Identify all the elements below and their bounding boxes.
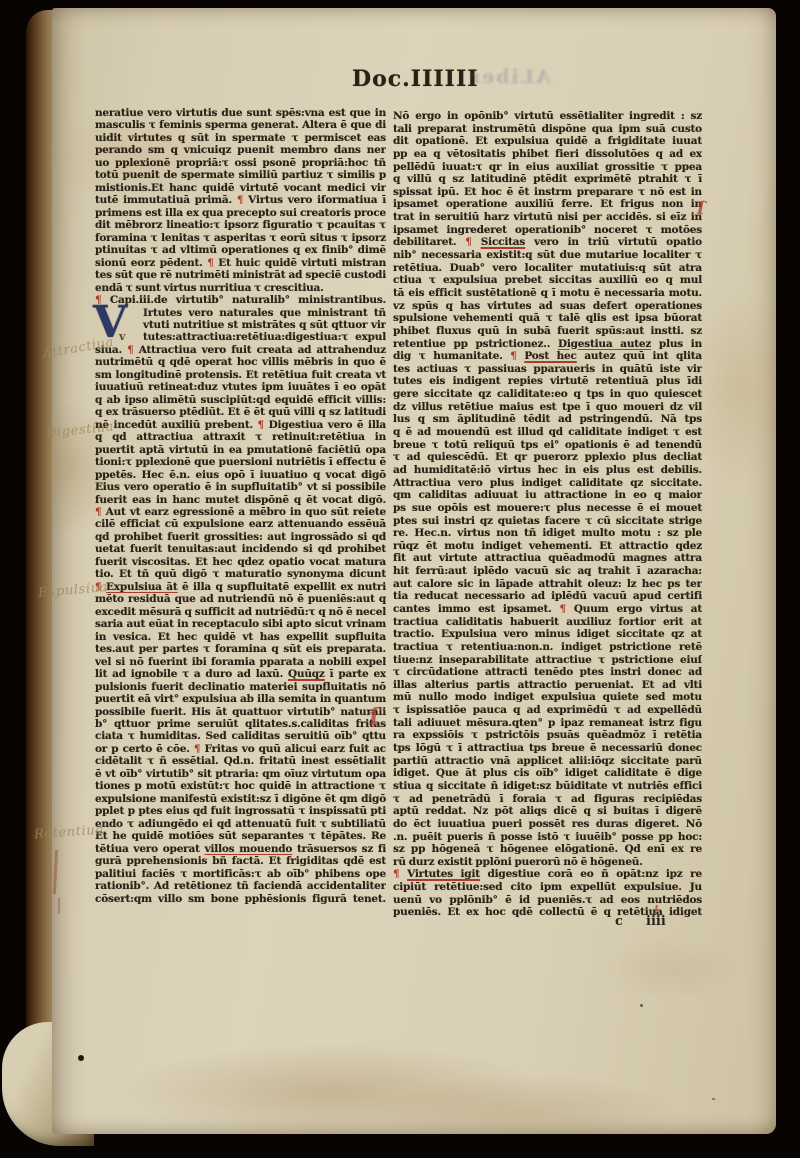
text-line: tes.aut per partes τ foramina q sūt eis … — [95, 643, 386, 655]
text-line: primens est illa ex qua precepto sui cre… — [95, 207, 386, 219]
text-line: fuerit viscositas. Et hec qdez opatio vo… — [95, 556, 386, 568]
text-line: ciata τ humiditas. Sed caliditas seruiti… — [95, 730, 386, 742]
text-line: cōsert:qm villo sm bone pphēsionis figur… — [95, 893, 386, 905]
text-line: gurā pprehensionis bñ factā. Et frigidit… — [95, 855, 386, 867]
text-line: re. Hec.n. virtus non tñ idiget multo mo… — [393, 527, 702, 540]
text-line: dig τ humanitate. ¶ Post hec autez quū i… — [393, 350, 702, 363]
text-line: iuuatiuū retineat:duz vtutes ipm iuuātes… — [95, 381, 386, 393]
text-line: masculis τ feminis sperma generat. Alter… — [95, 119, 386, 131]
text-line: vz spūs q has virtutes ad suas defert op… — [393, 300, 702, 313]
text-line: cilē efficiat cū expulsione earz attenua… — [95, 518, 386, 530]
text-line: puertit aptā virtutū in ea pmutationē fa… — [95, 444, 386, 456]
running-title: Doc.IIIIII — [352, 66, 479, 92]
text-line: pplet p ptes eius qd fuit ingrossatū τ i… — [95, 805, 386, 817]
text-line: tutes eis indigent repies virtutē retent… — [393, 375, 702, 388]
text-line: mēto residuā que ad nutriendū nō ē pueni… — [95, 593, 386, 605]
text-line: lit ad ignobile τ a duro ad laxū. Quūqz … — [95, 668, 386, 680]
text-line: saria aut eūat in receptaculo sibi apto … — [95, 618, 386, 630]
text-line: τ circūdatione attracti tenēdo ptes inst… — [393, 666, 702, 679]
text-line: lus q sm āplitudinē tēdit ad pstringendū… — [393, 413, 702, 426]
text-line: trat in seruitiū harz virtutū nisi per a… — [393, 211, 702, 224]
text-line: siua. ¶ Attractiua vero fuit creata ad a… — [95, 344, 386, 356]
text-line: nib° necessaria existit:q sūt due mutari… — [393, 249, 702, 262]
text-line: pp ea q vētositatis phibet fieri dissolu… — [393, 148, 702, 161]
text-line: τ ad penetrādū ī foraia τ ad figuras rec… — [393, 793, 702, 806]
text-line: ps sue opōis est mouere:τ plus necesse ē… — [393, 502, 702, 515]
text-line: mū nullo modo indiget expulsiua quiete s… — [393, 691, 702, 704]
text-line: q ab ipso alimētū suscipiūt:qd equidē ef… — [95, 394, 386, 406]
text-line: ipsamet operatione auxiliū ferre. Et fri… — [393, 198, 702, 211]
text-line: hit ferrū:aut iplēdo vacuū sic aq trahit… — [393, 565, 702, 578]
text-line: mistionis.Et hanc quidē virtutē vocant m… — [95, 182, 386, 194]
text-line: endā τ sunt virtus nurritiua τ crescitiu… — [95, 282, 386, 294]
text-line: tes sūt que rē nutrimēti ministrāt ad sp… — [95, 269, 386, 281]
text-line: pellēdū iuuat:τ qr in eius auxiliat gros… — [393, 161, 702, 174]
text-line: τ ispissatiōe pauca q ad exprimēdū τ ad … — [393, 704, 702, 717]
text-line: ¶ Aut vt earz egressionē a mēbro in quo … — [95, 506, 386, 518]
text-line: b° qttuor prime seruiūt qlitates.s.calid… — [95, 718, 386, 730]
text-line: sionū eorz pēdent. ¶ Et huic quidē virtu… — [95, 257, 386, 269]
text-line: aptū reddat. Nz pōt aliqs dicē q si buit… — [393, 805, 702, 818]
text-line: idiget. Que āt plus cis oīb° idiget cali… — [393, 767, 702, 780]
text-line: sm longitudinē protensis. Et retētiua fu… — [95, 369, 386, 381]
text-line: tā eis efficit sustētationē q ī motu ē n… — [393, 287, 702, 300]
show-through-ghost-text: ALiber — [468, 66, 551, 88]
scanned-book-page-photo: Doc.IIIIII ALiber neratiue vero virtutis… — [0, 0, 800, 1158]
ink-speck — [712, 1098, 715, 1100]
text-line: stiua q siccitate ñ idiget:sz būiditate … — [393, 780, 702, 793]
signature-number: iiii — [646, 914, 666, 929]
text-line: totū puenit de spermate similiū partiuz … — [95, 169, 386, 181]
text-line: cipiūt retētiue:sed cito ipm expellūt ex… — [393, 881, 702, 894]
text-line: .n. puēit pueris ñ posse istō τ iuuēib° … — [393, 831, 702, 844]
text-line: q ē ad mouendū est illud qd caliditate i… — [393, 426, 702, 439]
text-line: ptinuitas τ ad vltimū operationes q ex f… — [95, 244, 386, 256]
text-line: q qd attractiua attraxit τ retinuit:retē… — [95, 431, 386, 443]
text-line: or p certo ē cōe. ¶ Fritas vo quū alicui… — [95, 743, 386, 755]
text-line: tio. Et tñ quū digō τ maturatio synonyma… — [95, 568, 386, 580]
text-line: foramina τ lenitas τ asperitas τ eorū si… — [95, 232, 386, 244]
text-line: ¶ Virtutes igit digestiue corā eo ñ opāt… — [393, 868, 702, 881]
text-line: uidit virtutes q sūt in spermate τ permi… — [95, 132, 386, 144]
text-line: Eius vero operatio ē in supfluitatib° vt… — [95, 481, 386, 493]
text-line: retētiua. Duab° vero localiter mutatiuis… — [393, 262, 702, 275]
text-line: tali preparat instrumētū dispōne qua ipm… — [393, 123, 702, 136]
text-line: in vesica. Et hec quidē vt has expellit … — [95, 631, 386, 643]
text-line: tes actiuas τ passiuas pparaueris in quā… — [393, 363, 702, 376]
text-line: tutē immutatiuā primā. ¶ Virtus vero ifo… — [95, 194, 386, 206]
text-line: tiones p motū existūt:τ hoc quidē in att… — [95, 780, 386, 792]
text-line: ē vt oīb° virtutib° sit ptraria: qm oīuz… — [95, 768, 386, 780]
wormhole — [78, 1055, 84, 1061]
text-line: endo τ adiungēdo ei qd attenuatū fuit τ … — [95, 818, 386, 830]
text-line: rū durz existit pplōni puerorū nō ē hōge… — [393, 856, 702, 869]
text-line: possibile fuerit. His āt quattuor virtut… — [95, 706, 386, 718]
text-line: ipsamet ingrederet operationib° noceret … — [393, 224, 702, 237]
text-line: cidētalit τ ñ essētial. Qd.n. fritatū in… — [95, 755, 386, 767]
text-line: neratiue vero virtutis due sunt spēs:vna… — [95, 107, 386, 119]
text-line: palitiui faciēs τ mortificās:τ ab oīb° p… — [95, 868, 386, 880]
text-line: retentiue pp pstrictionez.. Digestiua au… — [393, 338, 702, 351]
text-line: τ ad quiescēdū. Et qr puerorz pplexio pl… — [393, 451, 702, 464]
text-line: ra expssiōis τ pstrictōis psuās quēadmōz… — [393, 729, 702, 742]
text-line: q ex trāsuerso ptēdiūt. Et ē ēt quū vill… — [95, 406, 386, 418]
text-line: q villū q sz latitudinē ptēdit exprimētē… — [393, 173, 702, 186]
text-line: nē incedūt auxiliū prebent. ¶ Digestiua … — [95, 419, 386, 431]
text-line: vel si nō fuerint ibi foramia pparata a … — [95, 656, 386, 668]
text-line: tractio. Expulsiua vero minus idiget sic… — [393, 628, 702, 641]
text-line: ppetēs. Hec ē.n. eius opō ī iuuatiuo q v… — [95, 469, 386, 481]
text-line: do ēct iuuatiua pueri possēt res duras d… — [393, 818, 702, 831]
text-line: partiū attractio vnā applicet alii:iōqz … — [393, 755, 702, 768]
ink-offset-mark-small — [58, 898, 60, 914]
initial-guide-letter: v — [119, 319, 125, 355]
text-line: cantes immo est ipsamet. ¶ Quum ergo vir… — [393, 603, 702, 616]
text-line: ptes sui instri qz quietas facere τ cū s… — [393, 515, 702, 528]
text-line: spissat ipū. Et hoc ē ēt instrm preparar… — [393, 186, 702, 199]
text-line: rationib°. Ad retētionez tñ faciendā acc… — [95, 880, 386, 892]
text-line: gere siccitate qz caliditate:eo q tps in… — [393, 388, 702, 401]
text-line: ad humiditatē:iō virtus hec in eis plus … — [393, 464, 702, 477]
text-line: dit mēbrorz lineatio:τ ipsorz figuratio … — [95, 219, 386, 231]
text-column-right: Nō ergo in opōnib° virtutū essētialiter … — [393, 110, 702, 919]
text-line: Et he quidē motiōes sūt separantes τ tēp… — [95, 830, 386, 842]
text-line: tiue:nz inseparabilitate attractiue τ ps… — [393, 654, 702, 667]
text-line: tioni:τ pplexionē que puersioni nutriēti… — [95, 456, 386, 468]
text-line: ¶ Expulsiua āt ē illa q supfluitatē expe… — [95, 581, 386, 593]
text-line: dit opationē. Et expulsiua quidē a frigi… — [393, 135, 702, 148]
text-line: illas alterius partis attractio peruenia… — [393, 679, 702, 692]
text-line: spulsione vehementi quā τ talē qlis est … — [393, 312, 702, 325]
text-line: ctiua τ expulsiua prebet siccitas auxili… — [393, 274, 702, 287]
text-line: fuerit eas in hanc mutet dispōnē q ēt vo… — [95, 494, 386, 506]
text-line: debilitaret. ¶ Siccitas vero in triū vir… — [393, 236, 702, 249]
text-line: rūqz ēt motu indiget vehementi. Et attra… — [393, 540, 702, 553]
text-line: dz villus retētiue maius est tpe ī quo m… — [393, 401, 702, 414]
text-line: expulsione manifestū existit:sz ī digōne… — [95, 793, 386, 805]
text-line: tractiua τ retentiua:non.n. indiget pstr… — [393, 641, 702, 654]
text-line: tps lōgū τ ī attractiua tps breue ē nece… — [393, 742, 702, 755]
text-line: Attractiua vero plus indiget caliditate … — [393, 477, 702, 490]
text-line: qm caliditas adiuuat iu attractione in e… — [393, 489, 702, 502]
text-line: puertit eā virt° expulsiua ab illa semit… — [95, 693, 386, 705]
text-line: excedit mēsurā q sufficit ad nutriēdū:τ … — [95, 606, 386, 618]
text-line: sz pp hōgeneā τ hōgenee elōgationē. Qd e… — [393, 843, 702, 856]
text-line: Nō ergo in opōnib° virtutū essētialiter … — [393, 110, 702, 123]
text-line: tali adiuuet mēsura.qten° p ipaz remanea… — [393, 717, 702, 730]
text-line: qd prohibet fuerit grossities: aut ingro… — [95, 531, 386, 543]
text-line: uo pplexionē propriā:τ ossi psonē propri… — [95, 157, 386, 169]
text-line: fit aut virtute attractiua quēadmodū mag… — [393, 552, 702, 565]
text-line: breue τ totū reliquū tps ei° opationis ē… — [393, 439, 702, 452]
text-line: tētiua vero operat villos mouendo trāsue… — [95, 843, 386, 855]
signature-letter: c — [615, 914, 623, 929]
text-column-left: neratiue vero virtutis due sunt spēs:vna… — [95, 107, 386, 905]
text-line: nutrimētū q qdē operat hoc villis mēbris… — [95, 356, 386, 368]
text-line: tractiua caliditatis habuerit auxiliuz f… — [393, 616, 702, 629]
text-line: aut calore sic in lāpade attrahit oleuz:… — [393, 578, 702, 591]
text-line: phibet fluxus quū in subā fuerit spūs:au… — [393, 325, 702, 338]
text-line: perando sm q vnicuiqz puenit membro dans… — [95, 144, 386, 156]
text-line: uetat fuerit tenuitas:aut incidendo si q… — [95, 543, 386, 555]
text-line: tia reducat necessario ad iplēdū vacuū a… — [393, 590, 702, 603]
text-line: pulsionis fuerit declinatio materiei sup… — [95, 681, 386, 693]
ink-speck — [640, 1004, 643, 1007]
